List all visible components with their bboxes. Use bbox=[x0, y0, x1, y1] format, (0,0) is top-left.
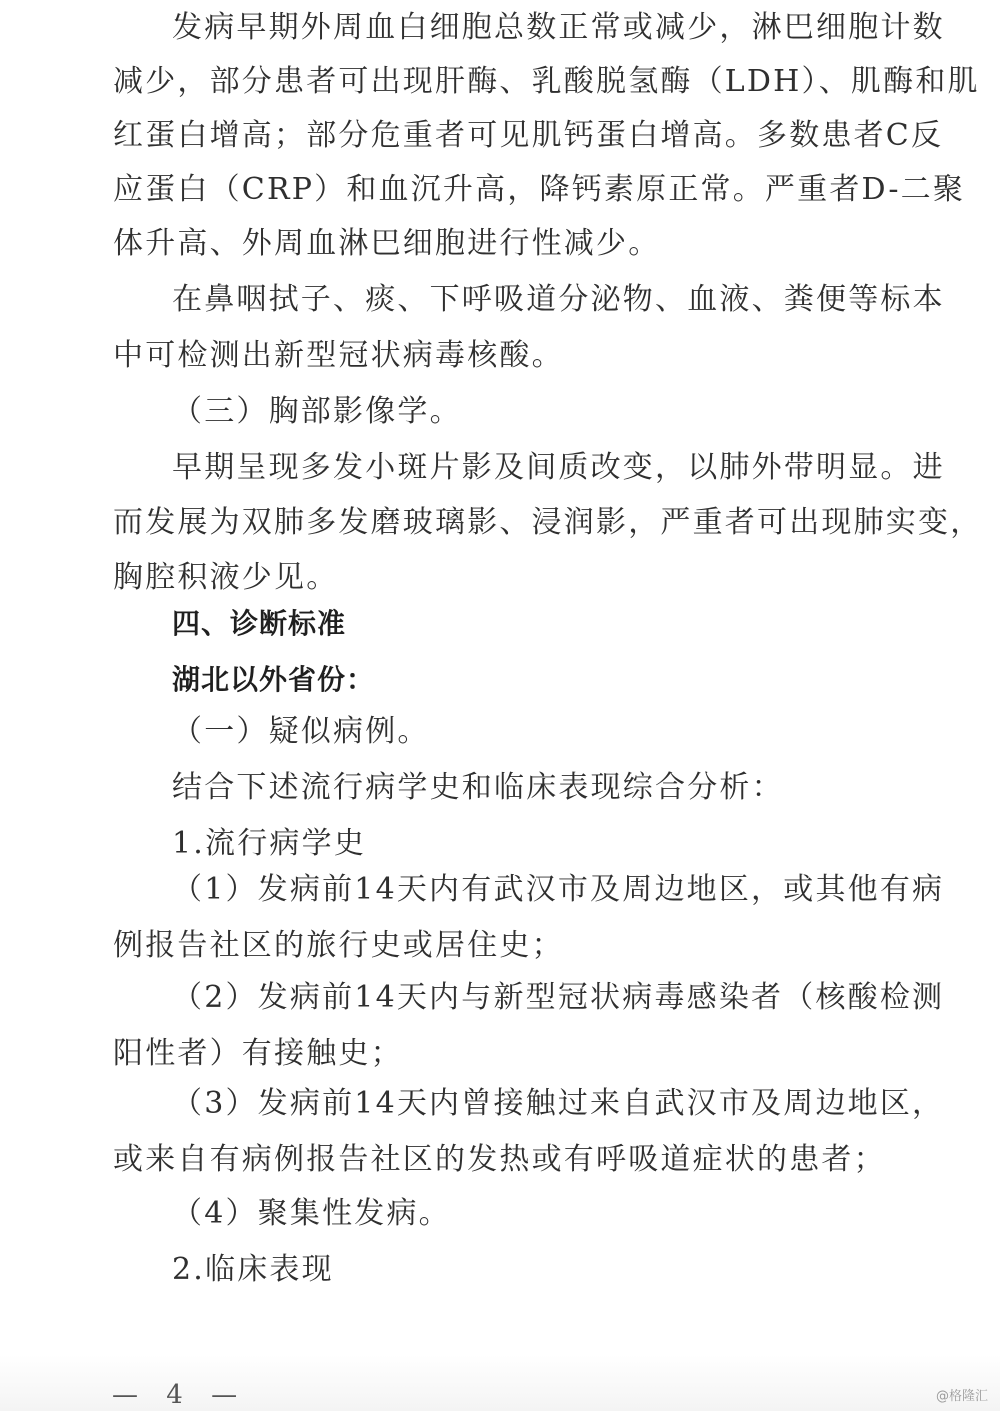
text-line: 胸腔积液少见。 bbox=[113, 560, 338, 596]
list-item: （2）发病前14天内与新型冠状病毒感染者（核酸检测 bbox=[172, 980, 944, 1016]
section-heading: 四、诊断标准 bbox=[172, 606, 346, 642]
text-line: 结合下述流行病学史和临床表现综合分析： bbox=[172, 770, 784, 806]
watermark: @格隆汇 bbox=[936, 1385, 988, 1404]
text-line: 早期呈现多发小斑片影及间质改变，以肺外带明显。进 bbox=[172, 450, 945, 486]
list-heading: 2.临床表现 bbox=[172, 1252, 334, 1288]
text-line: 在鼻咽拭子、痰、下呼吸道分泌物、血液、粪便等标本 bbox=[172, 282, 945, 318]
list-item: （4）聚集性发病。 bbox=[172, 1196, 451, 1232]
text-line: 应蛋白（CRP）和血沉升高，降钙素原正常。严重者D-二聚 bbox=[113, 172, 965, 208]
list-heading: 1.流行病学史 bbox=[172, 826, 366, 862]
list-item: （1）发病前14天内有武汉市及周边地区，或其他有病 bbox=[172, 872, 944, 908]
list-item: （3）发病前14天内曾接触过来自武汉市及周边地区， bbox=[172, 1086, 944, 1122]
section-heading: 湖北以外省份： bbox=[172, 662, 375, 698]
text-line: 或来自有病例报告社区的发热或有呼吸道症状的患者； bbox=[113, 1142, 886, 1178]
text-line: 阳性者）有接触史； bbox=[113, 1036, 403, 1072]
page-number: — 4 — bbox=[112, 1380, 247, 1410]
text-line: 发病早期外周血白细胞总数正常或减少，淋巴细胞计数 bbox=[172, 10, 945, 46]
text-line: 中可检测出新型冠状病毒核酸。 bbox=[113, 338, 564, 374]
text-line: 红蛋白增高；部分危重者可见肌钙蛋白增高。多数患者C反 bbox=[113, 118, 943, 154]
text-line: 减少，部分患者可出现肝酶、乳酸脱氢酶（LDH）、肌酶和肌 bbox=[113, 64, 980, 100]
section-subheading: （一）疑似病例。 bbox=[172, 714, 430, 750]
document-page: 发病早期外周血白细胞总数正常或减少，淋巴细胞计数 减少，部分患者可出现肝酶、乳酸… bbox=[0, 0, 1000, 1411]
text-line: 例报告社区的旅行史或居住史； bbox=[113, 928, 564, 964]
section-subheading: （三）胸部影像学。 bbox=[172, 394, 462, 430]
text-line: 体升高、外周血淋巴细胞进行性减少。 bbox=[113, 226, 660, 262]
text-line: 而发展为双肺多发磨玻璃影、浸润影，严重者可出现肺实变， bbox=[113, 505, 982, 541]
